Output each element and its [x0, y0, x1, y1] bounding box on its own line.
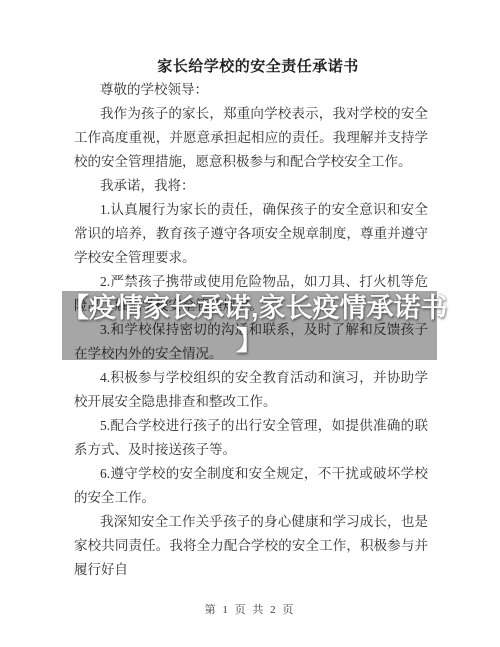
paragraph-item-6: 6.遵守学校的安全制度和安全规定，不干扰或破坏学校的安全工作。 — [74, 462, 428, 510]
paragraph-promise-lead: 我承诺，我将： — [74, 174, 428, 198]
page-title-text: 家长给学校的安全责任承诺书 — [157, 59, 359, 75]
paragraph-item-1: 1.认真履行为家长的责任，确保孩子的安全意识和安全常识的培养，教育孩子遵守各项安… — [74, 198, 428, 270]
salutation: 尊敬的学校领导： — [74, 78, 428, 102]
watermark-banner-line1: 【疫情家长承诺,家长疫情承诺书 — [62, 292, 437, 325]
paragraph-intro: 我作为孩子的家长，郑重向学校表示，我对学校的安全工作高度重视，并愿意承担起相应的… — [74, 102, 428, 174]
paragraph-item-4: 4.积极参与学校组织的安全教育活动和演习，并协助学校开展安全隐患排查和整改工作。 — [74, 366, 428, 414]
page-number: 第 1 页 共 2 页 — [0, 601, 500, 617]
paragraph-item-5: 5.配合学校进行孩子的出行安全管理，如提供准确的联系方式、及时接送孩子等。 — [74, 414, 428, 462]
document-page: 家长给学校的安全责任承诺书 尊敬的学校领导： 我作为孩子的家长，郑重向学校表示，… — [0, 0, 500, 647]
watermark-banner: 【疫情家长承诺,家长疫情承诺书 】 — [62, 291, 437, 360]
page-title: 家长给学校的安全责任承诺书 — [74, 55, 442, 76]
paragraph-closing: 我深知安全工作关乎孩子的身心健康和学习成长，也是家校共同责任。我将全力配合学校的… — [74, 510, 428, 582]
watermark-banner-line2: 】 — [62, 325, 437, 358]
